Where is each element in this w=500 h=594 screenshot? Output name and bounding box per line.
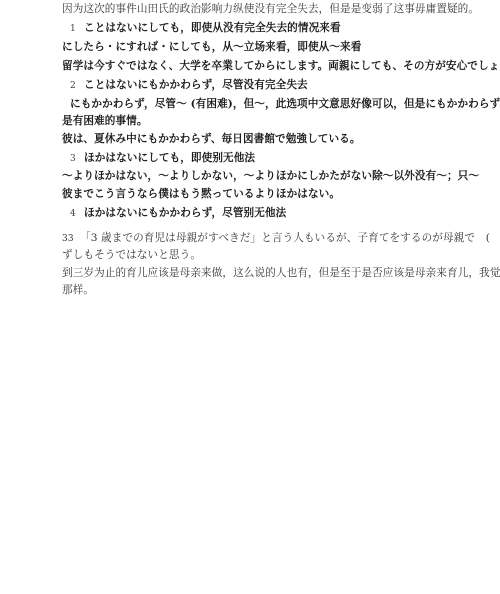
- option-text: ことはないにもかかわらず，尽管没有完全失去: [84, 79, 308, 91]
- document-page: 因为这次的事件山田氏的政治影响力纵使没有完全失去，但是是变弱了这事毋庸置疑的。 …: [0, 0, 500, 594]
- line-text: 到三岁为止的育儿应该是母亲来做，这么说的人也有，但是至于是否应该是母亲来育儿，我…: [62, 267, 500, 279]
- translation: 到三岁为止的育儿应该是母亲来做，这么说的人也有，但是至于是否应该是母亲来育儿，我…: [62, 266, 500, 280]
- line-text: 因为这次的事件山田氏的政治影响力纵使没有完全失去，但是是变弱了这事毋庸置疑的。: [62, 3, 479, 15]
- line-text: 留学は今すぐではなく、大学を卒業してからにします。両親にしても、その方が安心でし…: [62, 60, 500, 72]
- grammar-note-cont: 是有困难的事情。: [62, 114, 148, 128]
- line-text: にもかかわらず，尽管～ (有困难)，但～，此选项中文意思好像可以，但是にもかかわ…: [70, 98, 500, 110]
- line-text: 那样。: [62, 284, 94, 296]
- grammar-note: にしたら・にすれば・にしても，从～立场来看，即使从～来看: [62, 40, 361, 54]
- example-sentence: 彼までこう言うなら僕はもう黙っているよりほかはない。: [62, 187, 340, 201]
- line-text: ～よりほかはない，～よりしかない，～よりほかにしかたがない除～以外没有～；只～: [62, 170, 479, 182]
- line-text: にしたら・にすれば・にしても，从～立场来看，即使从～来看: [62, 41, 361, 53]
- question-33: 33「3 歳までの育児は母親がすべきだ」と言う人もいるが、子育てをするのが母親で…: [62, 231, 500, 246]
- option-item: 2ことはないにもかかわらず，尽管没有完全失去: [70, 78, 308, 93]
- grammar-note: にもかかわらず，尽管～ (有困难)，但～，此选项中文意思好像可以，但是にもかかわ…: [70, 97, 500, 111]
- option-number: 2: [70, 79, 84, 93]
- option-number: 3: [70, 152, 84, 166]
- line-text: 是有困难的事情。: [62, 115, 148, 127]
- line-text: 彼は、夏休み中にもかかわらず、毎日図書館で勉強している。: [62, 133, 361, 145]
- option-text: ほかはないにもかかわらず，尽管别无他法: [84, 207, 286, 219]
- question-number: 33: [62, 232, 80, 246]
- explanation-text: 因为这次的事件山田氏的政治影响力纵使没有完全失去，但是是变弱了这事毋庸置疑的。: [62, 2, 479, 16]
- question-33-cont: ずしもそうではないと思う。: [62, 248, 201, 262]
- example-sentence: 留学は今すぐではなく、大学を卒業してからにします。両親にしても、その方が安心でし…: [62, 59, 500, 73]
- option-item: 4ほかはないにもかかわらず，尽管别无他法: [70, 206, 286, 221]
- grammar-note: ～よりほかはない，～よりしかない，～よりほかにしかたがない除～以外没有～；只～: [62, 169, 479, 183]
- line-text: ずしもそうではないと思う。: [62, 249, 201, 261]
- option-item: 1ことはないにしても，即使从没有完全失去的情况来看: [70, 21, 341, 36]
- line-text: 彼までこう言うなら僕はもう黙っているよりほかはない。: [62, 188, 340, 200]
- option-text: ことはないにしても，即使从没有完全失去的情况来看: [84, 22, 341, 34]
- example-sentence: 彼は、夏休み中にもかかわらず、毎日図書館で勉強している。: [62, 132, 361, 146]
- option-item: 3ほかはないにしても，即使别无他法: [70, 151, 255, 166]
- translation-cont: 那样。: [62, 283, 94, 297]
- option-text: ほかはないにしても，即使别无他法: [84, 152, 255, 164]
- option-number: 4: [70, 207, 84, 221]
- question-text: 「3 歳までの育児は母親がすべきだ」と言う人もいるが、子育てをするのが母親で (…: [80, 232, 500, 244]
- option-number: 1: [70, 22, 84, 36]
